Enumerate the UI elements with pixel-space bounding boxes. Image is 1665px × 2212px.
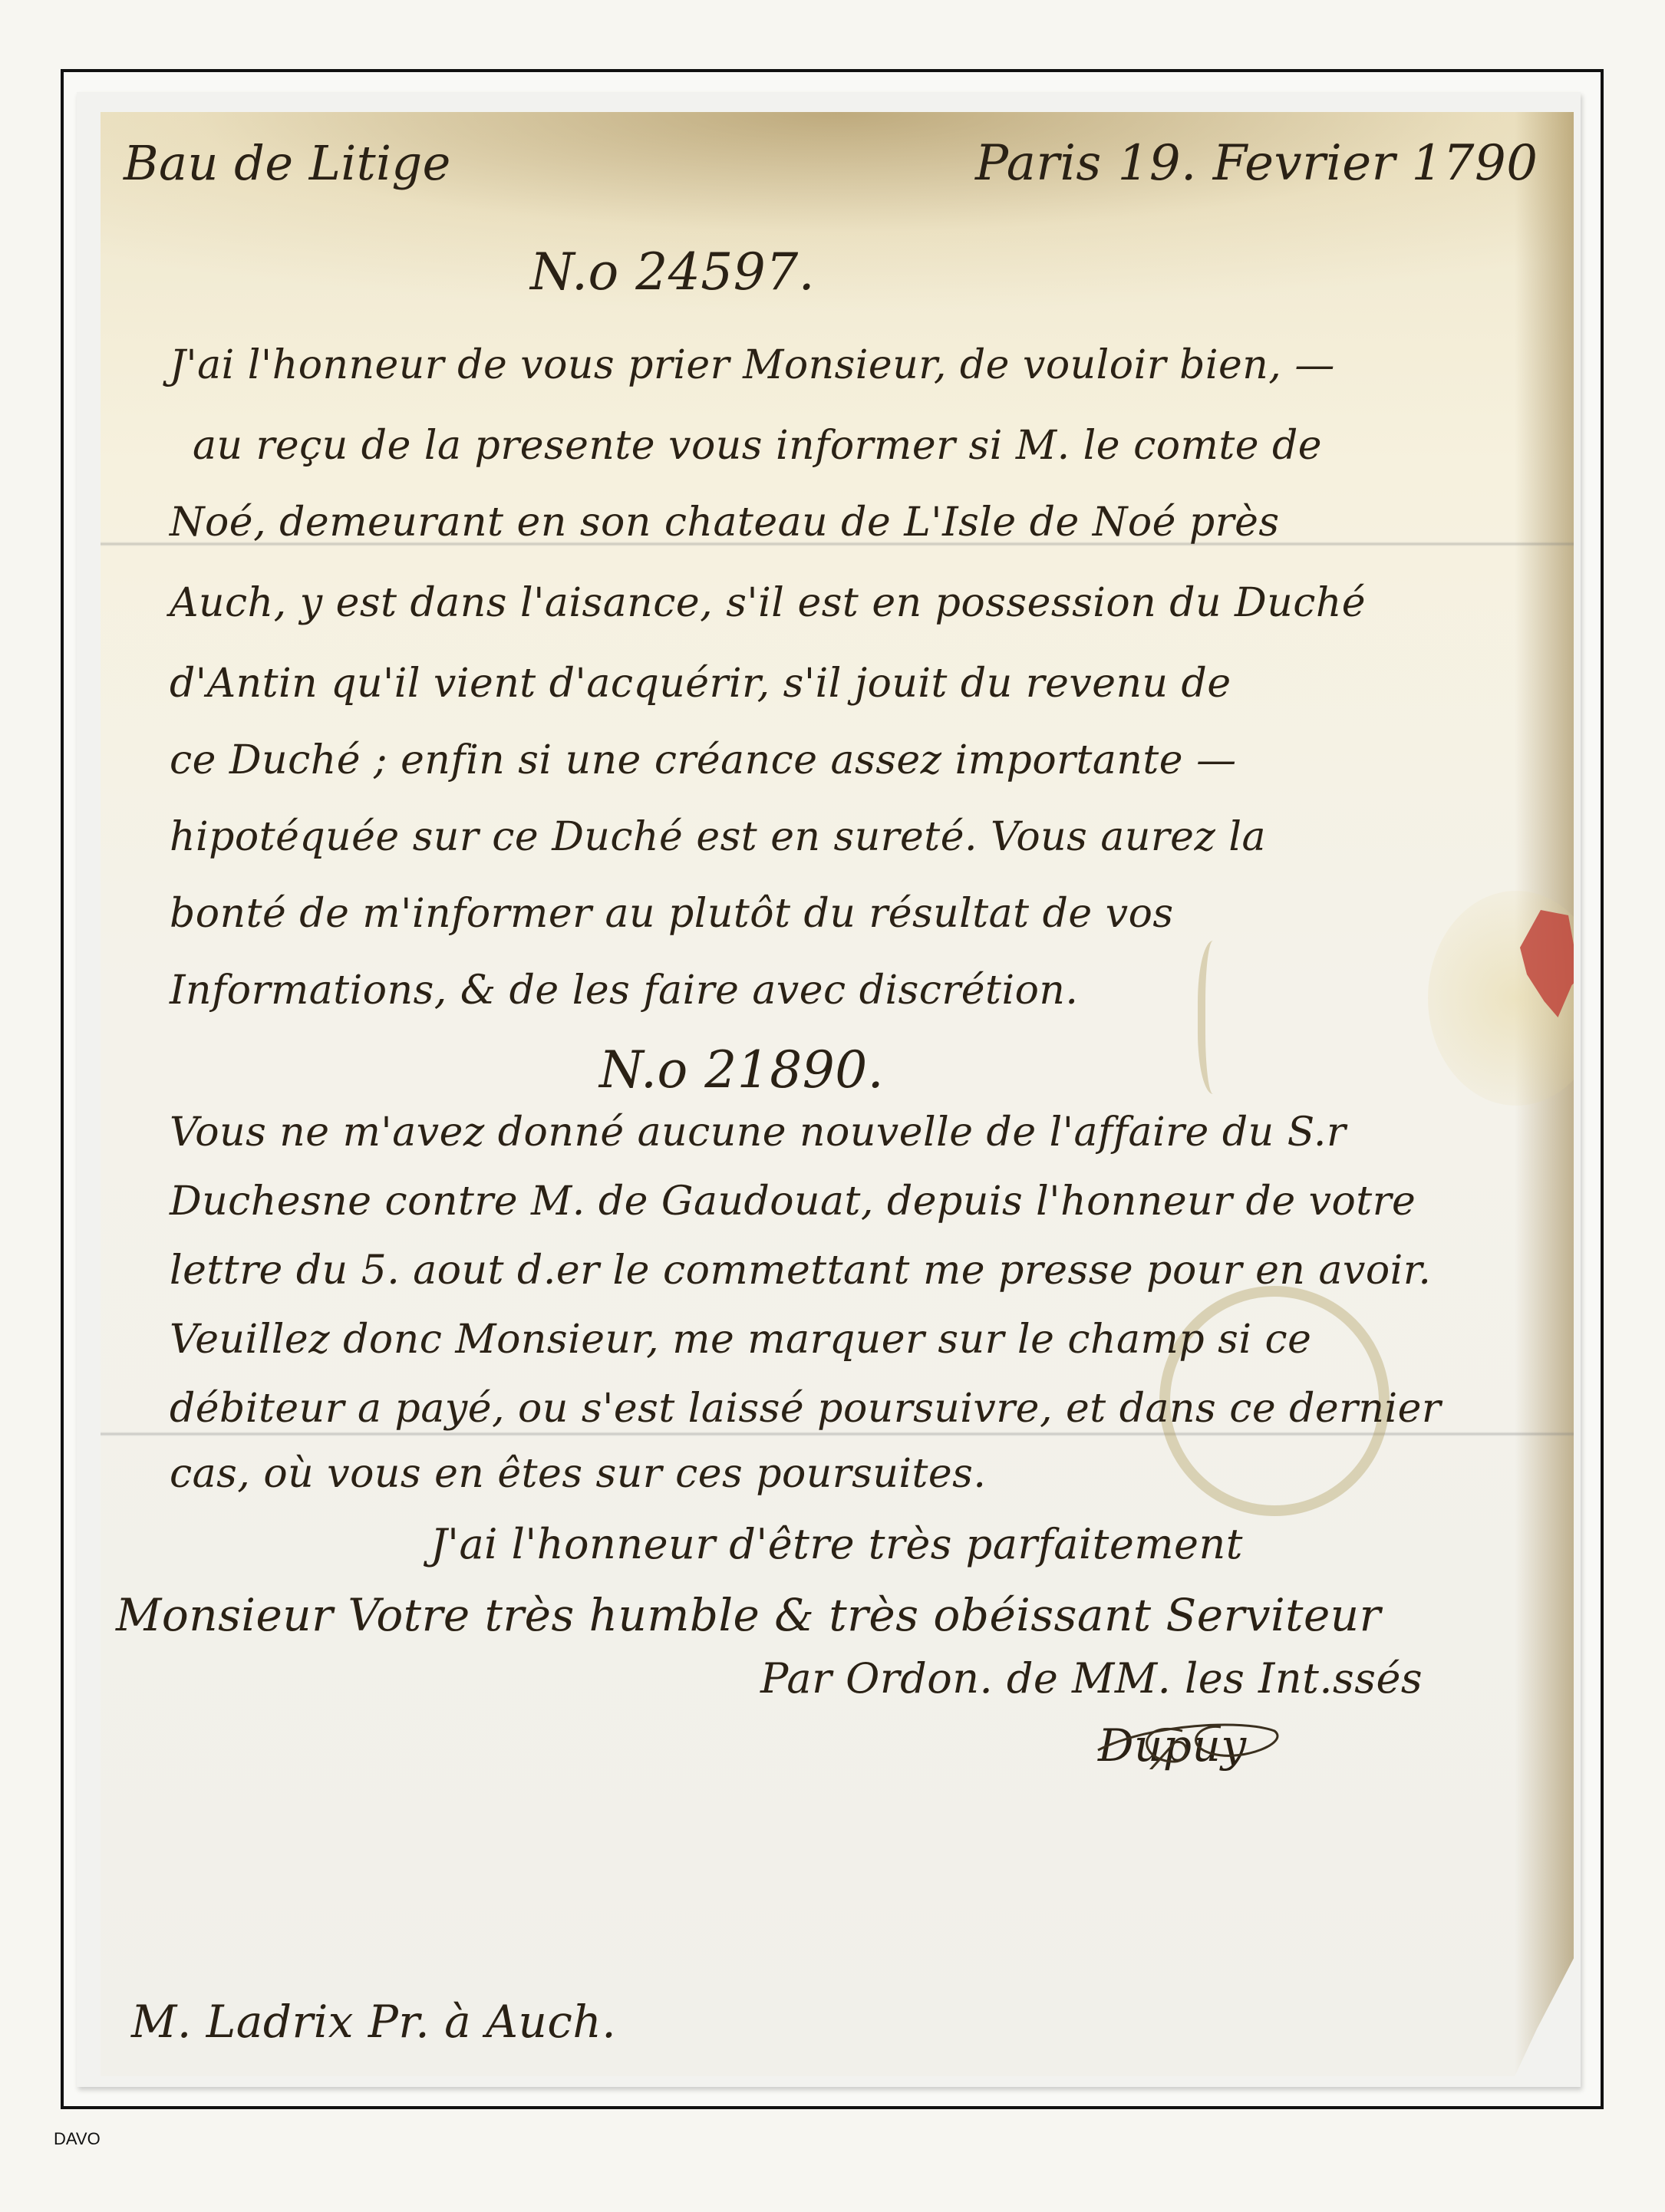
- body-line: Noé, demeurant en son chateau de L'Isle …: [170, 499, 1280, 546]
- body-line: ce Duché ; enfin si une créance assez im…: [170, 737, 1237, 783]
- page-label: DAVO: [54, 2129, 101, 2149]
- closing-line: Par Ordon. de MM. les Int.ssés: [760, 1654, 1423, 1703]
- closing-line: Monsieur Votre très humble & très obéiss…: [116, 1589, 1381, 1641]
- address-line: M. Ladrix Pr. à Auch.: [131, 1996, 616, 2048]
- body-line: Auch, y est dans l'aisance, s'il est en …: [170, 580, 1366, 626]
- reference-number-2: N.o 21890.: [599, 1040, 884, 1099]
- signature-flourish-icon: [1090, 1708, 1290, 1769]
- body-line: au reçu de la presente vous informer si …: [193, 423, 1322, 469]
- body-line: lettre du 5. aout d.er le commettant me …: [170, 1248, 1431, 1294]
- bureau-heading: Bau de Litige: [124, 135, 451, 191]
- body-line: bonté de m'informer au plutôt du résulta…: [170, 891, 1174, 937]
- place-date: Paris 19. Fevrier 1790: [975, 135, 1538, 192]
- body-line: débiteur a payé, ou s'est laissé poursui…: [170, 1386, 1441, 1432]
- body-line: Informations, & de les faire avec discré…: [170, 968, 1078, 1014]
- body-line: J'ai l'honneur de vous prier Monsieur, d…: [170, 342, 1335, 388]
- body-line: Vous ne m'avez donné aucune nouvelle de …: [170, 1109, 1346, 1155]
- body-line: cas, où vous en êtes sur ces poursuites.: [170, 1451, 986, 1497]
- body-line: hipotéquée sur ce Duché est en sureté. V…: [170, 814, 1266, 860]
- manuscript-letter: Bau de Litige Paris 19. Fevrier 1790 N.o…: [101, 112, 1574, 2076]
- postal-mark: [1198, 941, 1236, 1094]
- body-line: Duchesne contre M. de Gaudouat, depuis l…: [170, 1179, 1416, 1225]
- body-line: d'Antin qu'il vient d'acquérir, s'il jou…: [170, 661, 1231, 707]
- body-line: Veuillez donc Monsieur, me marquer sur l…: [170, 1317, 1311, 1363]
- reference-number-1: N.o 24597.: [530, 242, 815, 302]
- closing-line: J'ai l'honneur d'être très parfaitement: [430, 1520, 1243, 1568]
